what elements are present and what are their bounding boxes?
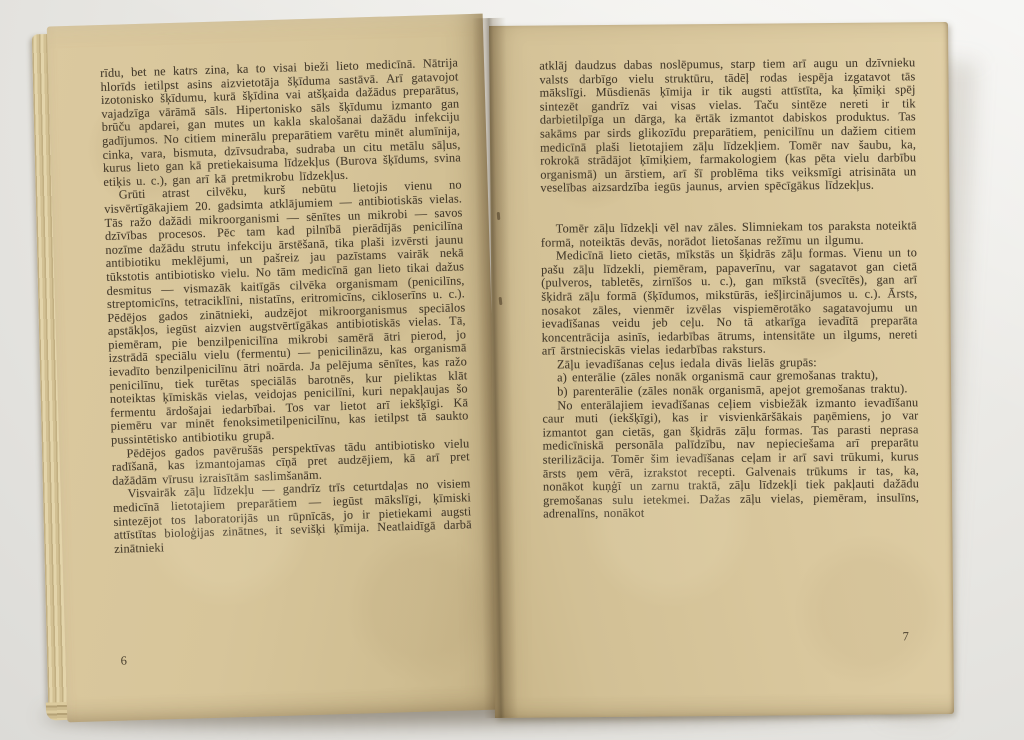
staple-mark bbox=[497, 212, 501, 220]
left-page: rīdu, bet ne katrs zina, ka to visai bie… bbox=[47, 14, 503, 723]
right-page-text: atklāj daudzus dabas noslēpumus, starp t… bbox=[539, 56, 920, 647]
paragraph: atklāj daudzus dabas noslēpumus, starp t… bbox=[539, 56, 916, 195]
page-number-right: 7 bbox=[903, 629, 910, 644]
paragraph: Grūti atrast cilvēku, kurš nebūtu lietoj… bbox=[104, 179, 470, 448]
page-number-left: 6 bbox=[120, 654, 127, 669]
paragraph: rīdu, bet ne katrs zina, ka to visai bie… bbox=[100, 56, 461, 189]
left-page-text: rīdu, bet ne katrs zina, ka to visai bie… bbox=[100, 56, 475, 650]
paragraph: Medicīnā lieto cietās, mīkstās un šķidrā… bbox=[541, 246, 918, 358]
paragraph: Visvairāk zāļu līdzekļu — gandrīz trīs c… bbox=[112, 478, 472, 557]
right-page: atklāj daudzus dabas noslēpumus, starp t… bbox=[489, 22, 954, 718]
book-photo: rīdu, bet ne katrs zina, ka to visai bie… bbox=[0, 0, 1024, 740]
paragraph: No enterālajiem ievadīšanas ceļiem visbi… bbox=[542, 396, 919, 522]
